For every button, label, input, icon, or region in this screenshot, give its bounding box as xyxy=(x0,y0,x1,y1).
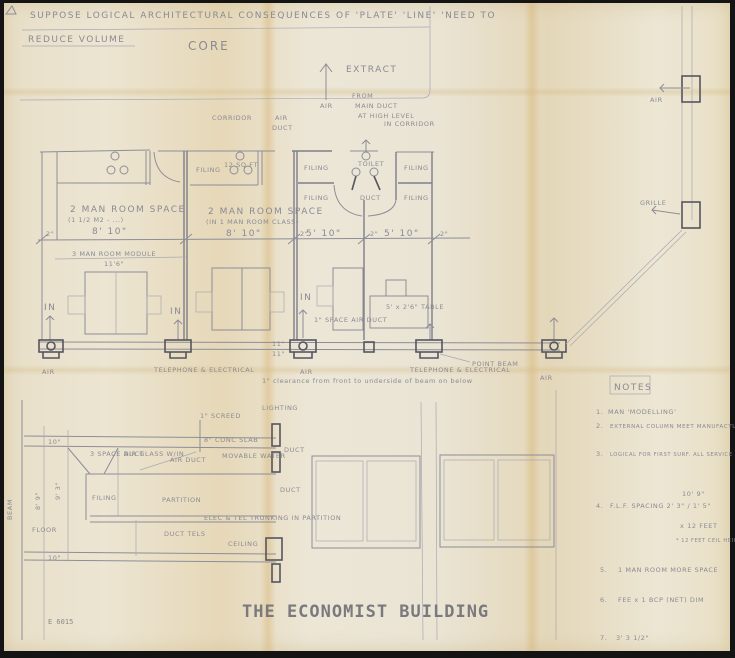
corridor-label: CORRIDOR xyxy=(212,114,252,122)
svg-text:FILING: FILING xyxy=(304,164,329,172)
filing-size: 12 SQ FT xyxy=(224,161,258,169)
svg-text:2.: 2. xyxy=(596,422,603,430)
svg-text:(IN 1 MAN ROOM CLASS): (IN 1 MAN ROOM CLASS) xyxy=(206,218,299,226)
svg-text:(1 1/2 M2 - ...): (1 1/2 M2 - ...) xyxy=(68,216,124,224)
svg-text:IN: IN xyxy=(300,293,312,303)
svg-text:ELEC & TEL TRUNKING IN PARTITI: ELEC & TEL TRUNKING IN PARTITION xyxy=(204,514,341,522)
title-core: CORE xyxy=(188,39,230,53)
svg-text:IN: IN xyxy=(170,307,182,317)
svg-text:FILING: FILING xyxy=(196,166,221,174)
svg-text:5.: 5. xyxy=(600,566,607,574)
svg-text:MAN 'MODELLING': MAN 'MODELLING' xyxy=(608,408,676,416)
svg-text:AT HIGH LEVEL: AT HIGH LEVEL xyxy=(358,112,414,120)
svg-text:F.L.F. SPACING 2' 3" / 1' 5": F.L.F. SPACING 2' 3" / 1' 5" xyxy=(610,502,711,510)
svg-text:10": 10" xyxy=(48,438,61,446)
svg-text:2": 2" xyxy=(370,230,378,238)
architectural-sketch: SUPPOSE LOGICAL ARCHITECTURAL CONSEQUENC… xyxy=(0,0,735,658)
svg-text:AIR: AIR xyxy=(650,96,663,104)
svg-text:6.: 6. xyxy=(600,596,607,604)
svg-text:FROM: FROM xyxy=(352,92,373,100)
svg-text:AIR: AIR xyxy=(320,102,333,110)
title-line-1: SUPPOSE LOGICAL ARCHITECTURAL CONSEQUENC… xyxy=(30,11,496,21)
svg-text:11": 11" xyxy=(272,340,285,348)
svg-text:CEILING: CEILING xyxy=(228,540,258,548)
svg-text:2": 2" xyxy=(300,230,308,238)
svg-text:8" CONC SLAB: 8" CONC SLAB xyxy=(204,436,258,444)
svg-text:TELEPHONE & ELECTRICAL: TELEPHONE & ELECTRICAL xyxy=(153,366,254,374)
svg-text:EXTERNAL COLUMN MEET MANUFACTU: EXTERNAL COLUMN MEET MANUFACTURE SPAN xyxy=(610,424,735,430)
svg-text:AIR: AIR xyxy=(300,368,313,376)
perimeter-unit xyxy=(364,342,374,352)
svg-text:AIR: AIR xyxy=(540,374,553,382)
svg-text:8' 10": 8' 10" xyxy=(226,229,262,239)
room-label: 2 MAN ROOM SPACE xyxy=(208,207,324,217)
right-wall-detail: AIR GRILLE xyxy=(566,6,700,346)
svg-text:AIR: AIR xyxy=(42,368,55,376)
svg-text:DUCT: DUCT xyxy=(360,194,381,202)
svg-text:11": 11" xyxy=(272,350,285,358)
svg-text:8' 9": 8' 9" xyxy=(34,492,42,510)
svg-text:9' 3": 9' 3" xyxy=(54,482,62,500)
svg-text:10": 10" xyxy=(48,554,61,562)
table-label: 5' x 2'6" TABLE xyxy=(386,303,444,311)
svg-text:FILING: FILING xyxy=(404,194,429,202)
reference-number: E 6015 xyxy=(48,618,73,626)
svg-text:3' 3 1/2": 3' 3 1/2" xyxy=(616,634,649,642)
title-line-2: REDUCE VOLUME xyxy=(28,35,125,45)
upper-floor-plan: FILING 12 SQ FT FILING FILING FILING FIL… xyxy=(36,140,566,385)
svg-text:* 12 FEET CEIL HEIGHT: * 12 FEET CEIL HEIGHT xyxy=(676,538,735,544)
svg-text:FLOOR: FLOOR xyxy=(32,526,57,534)
title-block: SUPPOSE LOGICAL ARCHITECTURAL CONSEQUENC… xyxy=(6,6,496,100)
svg-text:DUCT: DUCT xyxy=(272,124,293,132)
svg-text:MAIN DUCT: MAIN DUCT xyxy=(355,102,398,110)
svg-text:1.: 1. xyxy=(596,408,603,416)
svg-text:5' 10": 5' 10" xyxy=(384,229,420,239)
svg-text:LOGICAL FOR FIRST SURF. ALL SE: LOGICAL FOR FIRST SURF. ALL SERVICE IN C… xyxy=(610,452,735,458)
air-duct-note: 1" SPACE AIR DUCT xyxy=(314,316,387,324)
svg-text:4.: 4. xyxy=(596,502,603,510)
svg-text:7.: 7. xyxy=(600,634,607,642)
svg-text:PARTITION: PARTITION xyxy=(162,496,201,504)
svg-text:TOILET: TOILET xyxy=(357,160,384,168)
svg-text:3.: 3. xyxy=(596,450,603,458)
building-stamp: THE ECONOMIST BUILDING xyxy=(242,602,489,622)
svg-text:IN CORRIDOR: IN CORRIDOR xyxy=(384,120,435,128)
svg-text:BEAM: BEAM xyxy=(6,499,14,520)
svg-text:2": 2" xyxy=(440,230,448,238)
module-note: 3 MAN ROOM MODULE xyxy=(72,250,156,258)
svg-text:11'6": 11'6" xyxy=(104,260,124,268)
svg-text:IN: IN xyxy=(44,303,56,313)
svg-text:AIR DUCT: AIR DUCT xyxy=(170,456,206,464)
air-note-below: 1" clearance from front to underside of … xyxy=(262,377,473,385)
svg-text:x 12 FEET: x 12 FEET xyxy=(680,522,718,530)
svg-text:LIGHTING: LIGHTING xyxy=(262,404,298,412)
svg-text:MOVABLE WATER: MOVABLE WATER xyxy=(222,452,286,460)
notes-panel: NOTES 1. MAN 'MODELLING' 2. EXTERNAL COL… xyxy=(596,376,735,642)
extract-label: EXTRACT xyxy=(346,65,397,75)
svg-text:8' 10": 8' 10" xyxy=(92,227,128,237)
room-label: 2 MAN ROOM SPACE xyxy=(70,205,186,215)
svg-text:FEE x 1 BCP (NET) DIM: FEE x 1 BCP (NET) DIM xyxy=(618,596,704,604)
svg-text:5' 10": 5' 10" xyxy=(306,229,342,239)
svg-text:10' 9": 10' 9" xyxy=(682,490,705,498)
svg-text:FILING: FILING xyxy=(304,194,329,202)
svg-text:DUCT: DUCT xyxy=(284,446,305,454)
svg-text:FILING: FILING xyxy=(92,494,117,502)
notes-heading: NOTES xyxy=(614,383,652,393)
point-beam-label: POINT BEAM xyxy=(472,360,518,368)
svg-text:1 MAN ROOM MORE SPACE: 1 MAN ROOM MORE SPACE xyxy=(618,566,718,574)
svg-text:DUCT: DUCT xyxy=(280,486,301,494)
svg-text:DUCT TELS: DUCT TELS xyxy=(164,530,206,538)
svg-text:GRILLE: GRILLE xyxy=(640,199,666,207)
svg-text:1" SCREED: 1" SCREED xyxy=(200,412,241,420)
svg-text:AIR: AIR xyxy=(275,114,288,122)
svg-text:FILING: FILING xyxy=(404,164,429,172)
